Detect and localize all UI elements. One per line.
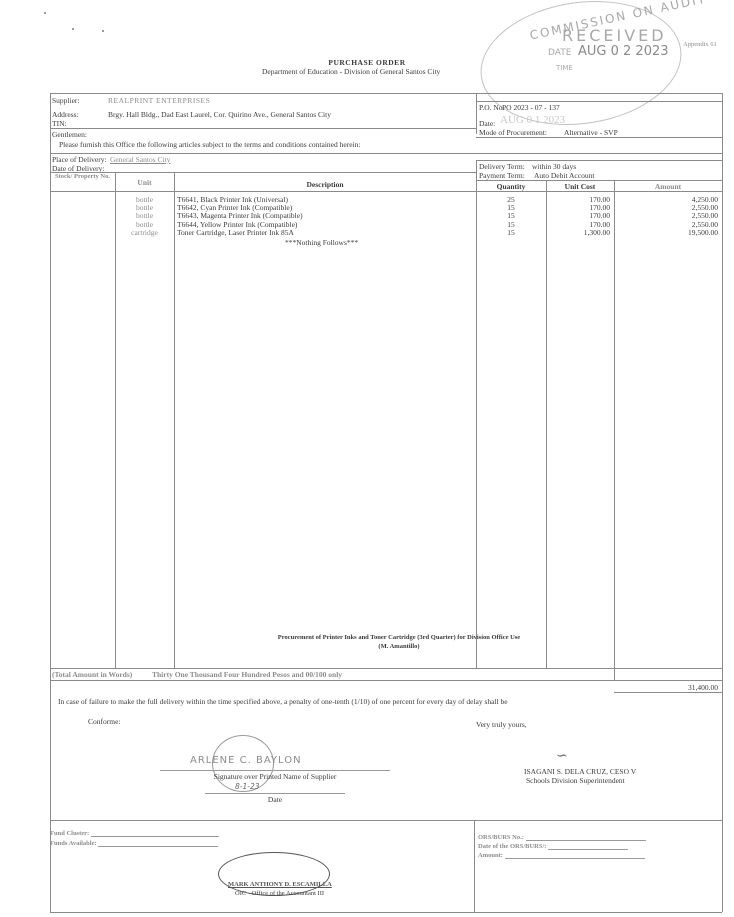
supplier-signature-caption: Signature over Printed Name of Supplier <box>160 772 390 781</box>
place-of-delivery-label: Place of Delivery: <box>52 155 107 164</box>
total-amount: 31,400.00 <box>614 683 718 692</box>
nothing-follows: ***Nothing Follows*** <box>285 238 358 247</box>
po-block-divider <box>476 93 477 134</box>
ors-date-text: Date of the ORS/BURS/: <box>478 843 546 850</box>
supplier-date-caption: Date <box>205 795 345 804</box>
superintendent-title: Schools Division Superintendent <box>526 776 625 785</box>
ors-amount-field <box>505 858 645 859</box>
header-stock: Stock/ Property No. <box>50 173 115 181</box>
po-no-value: PO 2023 - 07 - 137 <box>502 103 560 112</box>
stamp-received: RECEIVED <box>562 26 667 45</box>
funds-right <box>722 820 723 912</box>
funds-available-label: Funds Available: <box>50 840 218 847</box>
frame-right <box>722 93 723 820</box>
po-date-stamp: AUG 0 1 2023 <box>500 114 565 126</box>
cell-unit: cartridge <box>115 228 174 237</box>
table-header-bottom <box>50 191 722 192</box>
cell-amount: 19,500.00 <box>614 228 718 237</box>
place-of-delivery-value: General Santos City <box>110 155 170 164</box>
funds-available-field <box>98 846 218 847</box>
divider-mode <box>476 137 722 138</box>
delivery-divider <box>476 160 477 180</box>
accountant-title: OIC - Office of the Accountant III <box>235 890 324 897</box>
supplier-date-line <box>205 793 345 794</box>
table-top-right <box>476 180 722 181</box>
po-no-label: P.O. No. <box>479 103 504 112</box>
cell-description: Toner Cartridge, Laser Printer Ink 85A <box>177 228 473 237</box>
fund-cluster-text: Fund Cluster: <box>50 830 89 837</box>
funds-bottom-line <box>50 912 722 913</box>
frame-top <box>50 93 722 94</box>
purpose-line-1: Procurement of Printer Inks and Toner Ca… <box>174 634 624 641</box>
payment-term-value: Auto Debit Account <box>534 171 594 180</box>
accountant-name: MARK ANTHONY D. ESCAMILLA <box>228 881 332 888</box>
header-unit-cost: Unit Cost <box>546 182 614 191</box>
frame-left <box>50 93 51 820</box>
total-words-label: (Total Amount in Words) <box>52 670 132 679</box>
ors-amount-text: Amount: <box>478 852 503 859</box>
appendix-label: Appendix 61 <box>683 41 717 48</box>
purpose-line-2: (M. Amantillo) <box>174 643 624 650</box>
payment-term-label: Payment Term: <box>479 171 525 180</box>
ors-no-field <box>526 840 646 841</box>
po-block-line <box>476 101 722 102</box>
total-bottom-line <box>50 680 722 681</box>
divider-gentlemen <box>50 128 476 129</box>
total-amount-bottom <box>614 692 722 693</box>
col-line-stock <box>115 172 116 668</box>
supplier-label: Supplier: <box>52 96 80 105</box>
scan-speck <box>72 28 74 30</box>
scan-speck <box>44 12 46 14</box>
delivery-top-line <box>476 160 722 161</box>
delivery-term-label: Delivery Term: <box>479 162 525 171</box>
col-line-unit-cost <box>614 180 615 680</box>
header-unit: Unit <box>115 178 174 187</box>
gentlemen-text: Please furnish this Office the following… <box>59 140 360 149</box>
penalty-text: In case of failure to make the full deli… <box>58 697 508 706</box>
closing-text: Very truly yours, <box>476 720 527 729</box>
conforme-label: Conforme: <box>88 717 121 726</box>
document-subtitle: Department of Education - Division of Ge… <box>262 67 440 76</box>
ors-no-text: ORS/BURS No.: <box>478 834 524 841</box>
fund-cluster-field <box>91 836 219 837</box>
mode-label: Mode of Procurement: <box>479 128 547 137</box>
col-line-description <box>476 180 477 668</box>
address-value: Brgy. Hall Bldg., Dad East Laurel, Cor. … <box>108 110 331 119</box>
supplier-signature-line <box>160 770 390 771</box>
mode-value: Alternative - SVP <box>564 128 618 137</box>
col-line-unit <box>174 172 175 668</box>
ors-date-field <box>548 849 628 850</box>
divider-delivery <box>50 153 722 154</box>
superintendent-initials: ∽ <box>556 748 568 764</box>
scan-speck <box>102 30 104 32</box>
ors-date-label: Date of the ORS/BURS/: <box>478 843 628 850</box>
gentlemen-label: Gentlemen: <box>52 130 87 139</box>
total-words-value: Thirty One Thousand Four Hundred Pesos a… <box>152 670 342 679</box>
address-label: Address: <box>52 110 79 119</box>
cell-unit-cost: 1,300.00 <box>546 228 610 237</box>
fund-cluster-label: Fund Cluster: <box>50 830 219 837</box>
supplier-signatory-name: ARLENE C. BAYLON <box>190 755 302 766</box>
cell-quantity: 15 <box>476 228 546 237</box>
tin-label: TIN: <box>52 119 67 128</box>
delivery-term-value: within 30 days <box>532 162 576 171</box>
total-top-line <box>50 668 722 669</box>
header-description: Description <box>174 180 476 189</box>
funds-divider <box>474 820 475 912</box>
header-amount: Amount <box>614 182 722 191</box>
stamp-date-value: AUG 0 2 2023 <box>578 44 669 59</box>
superintendent-name: ISAGANI S. DELA CRUZ, CESO V <box>524 767 636 776</box>
po-date-label: Date: <box>479 119 495 128</box>
funds-top-line <box>50 820 722 821</box>
header-quantity: Quantity <box>476 182 546 191</box>
supplier-signature-date: 8-1-23 <box>235 782 260 791</box>
document-title: PURCHASE ORDER <box>0 58 734 67</box>
stamp-date-label: DATE <box>548 48 571 58</box>
funds-available-text: Funds Available: <box>50 840 97 847</box>
ors-no-label: ORS/BURS No.: <box>478 834 646 841</box>
col-line-quantity <box>546 180 547 668</box>
supplier-value: REALPRINT ENTERPRISES <box>108 96 210 105</box>
ors-amount-label: Amount: <box>478 852 645 859</box>
